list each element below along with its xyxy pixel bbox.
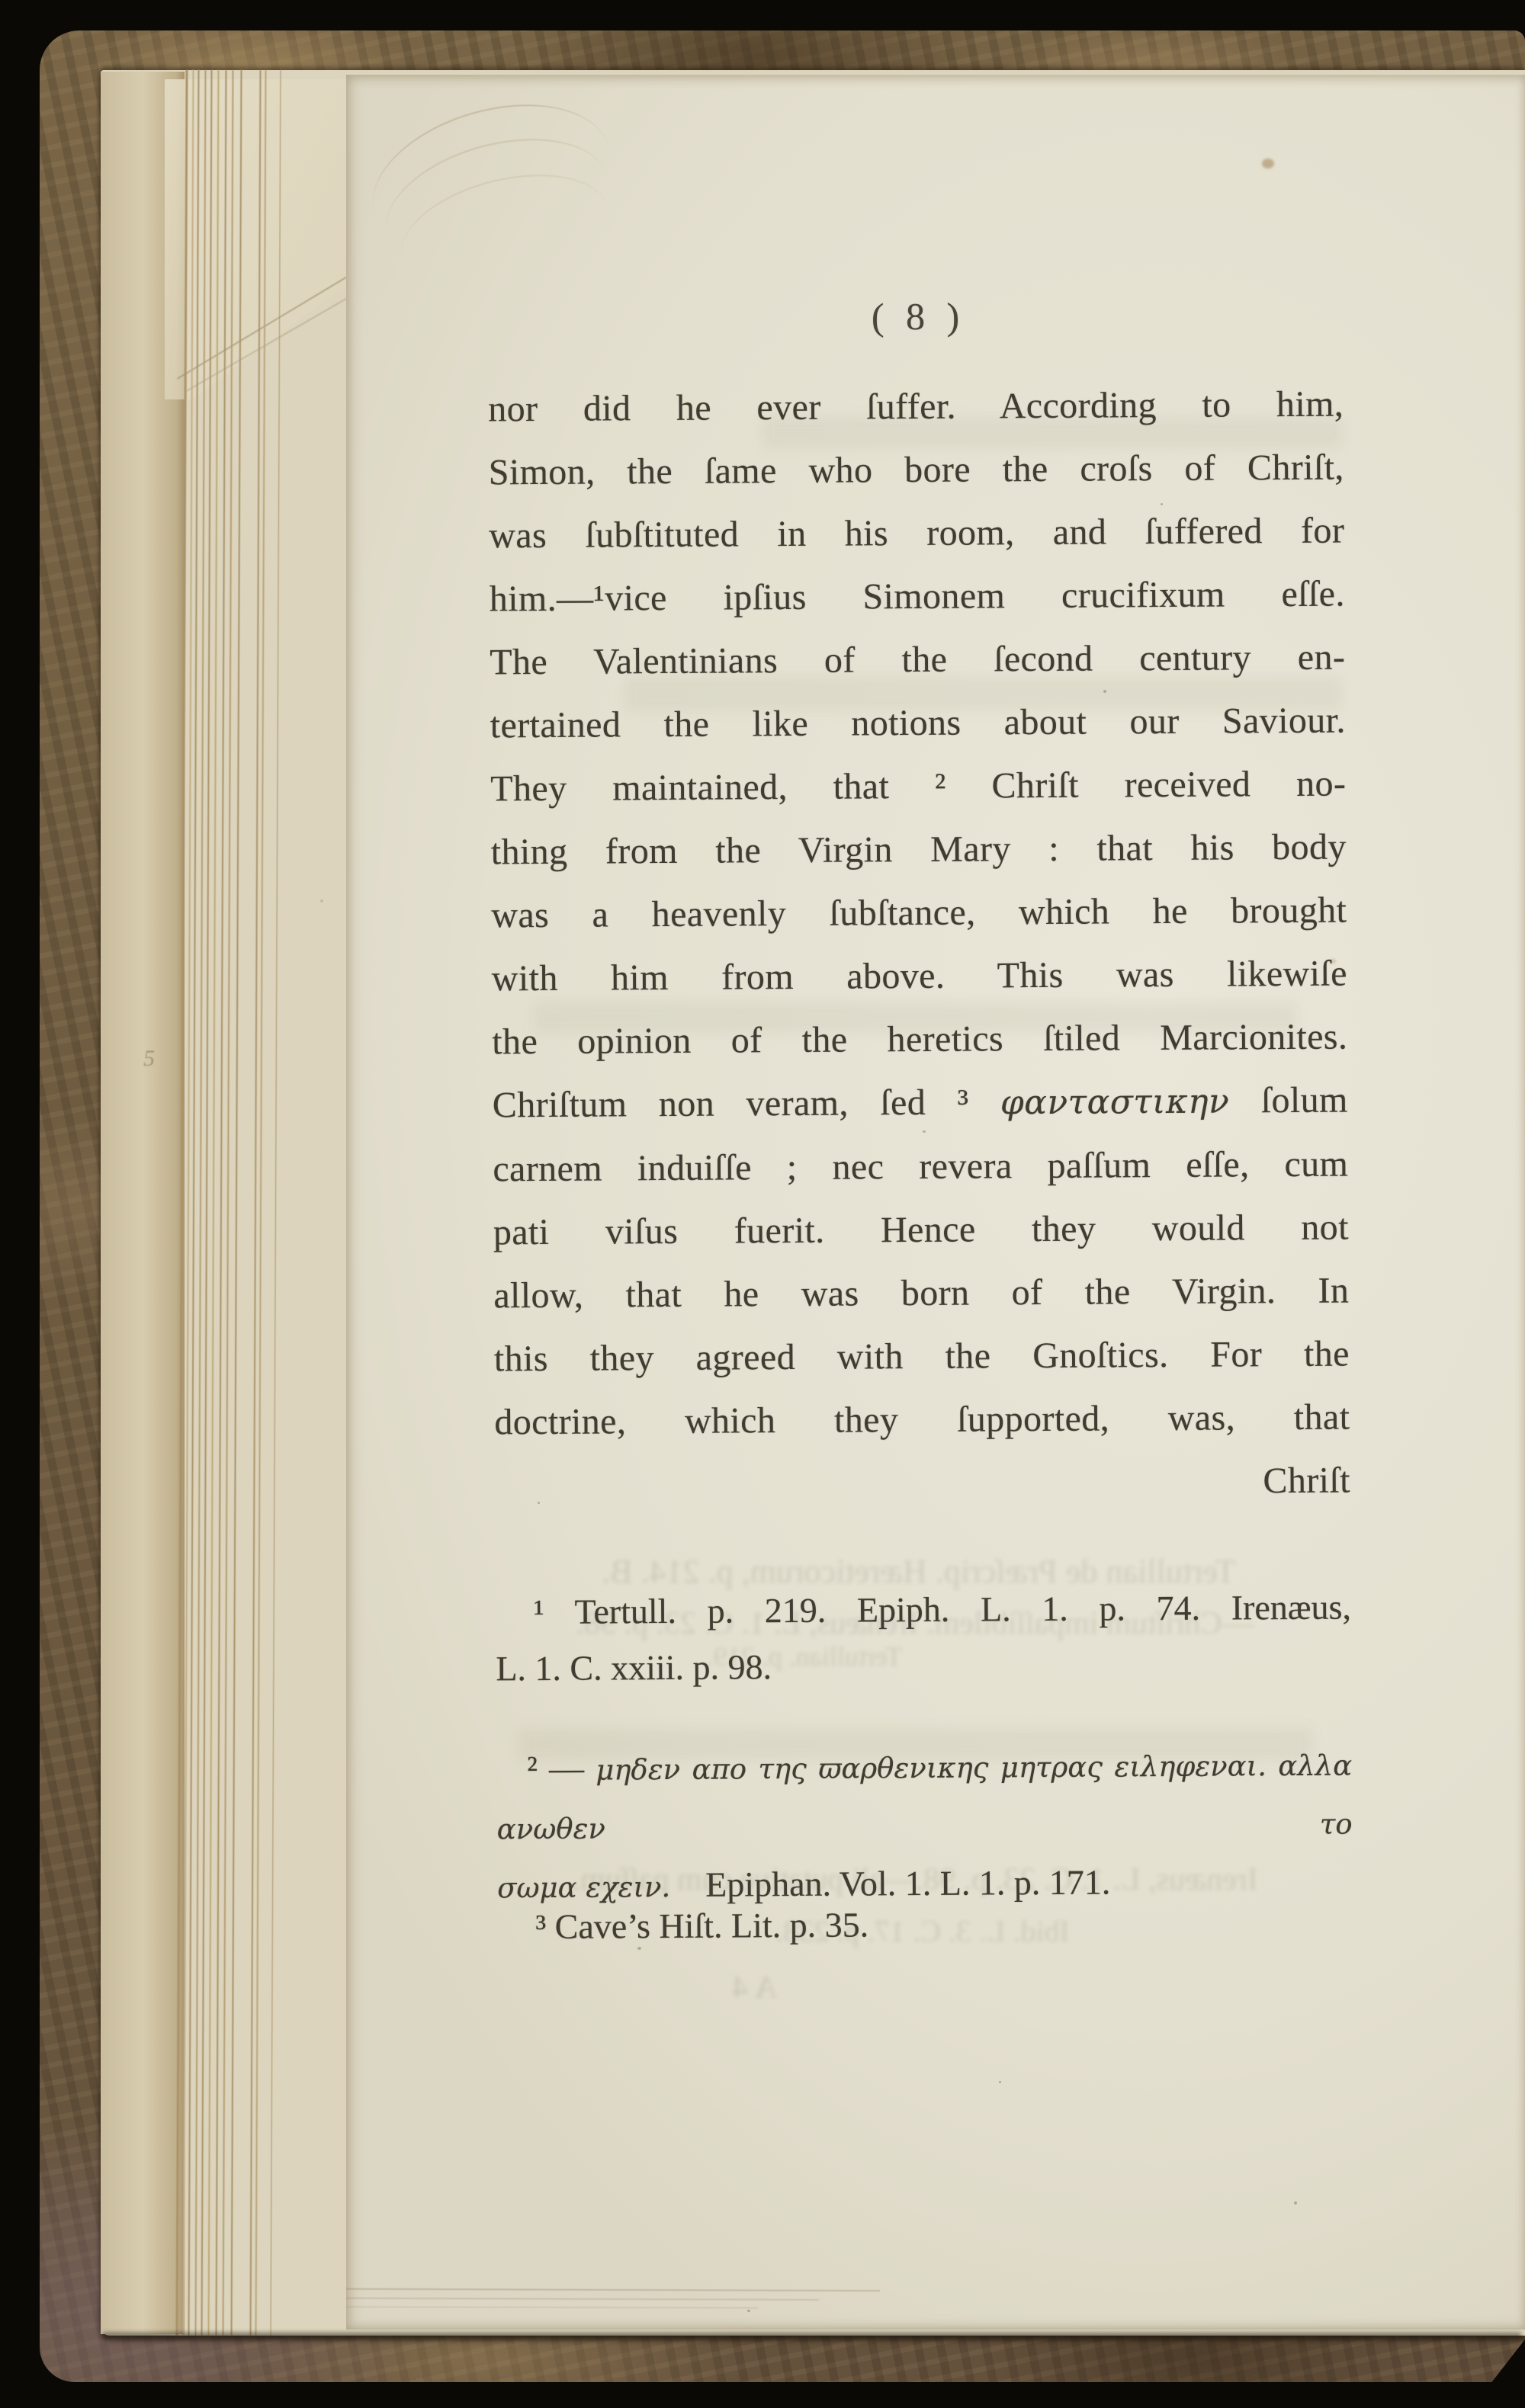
greek-text: φανταστικην — [1000, 1082, 1230, 1123]
text-line: was ſubſtituted in his room, and ſuffere… — [489, 499, 1344, 568]
text-line: with him from above. This was likewiſe — [492, 942, 1347, 1011]
paper-speck — [923, 1130, 926, 1133]
text-line: pati viſus fuerit. Hence they would not — [493, 1196, 1349, 1265]
page-number: ( 8 ) — [487, 292, 1343, 341]
foxing-spot — [1262, 159, 1274, 168]
paper-speck — [1103, 690, 1106, 693]
text-line: tertained the like notions about our Sav… — [490, 689, 1346, 758]
paper-speck — [999, 2081, 1001, 2083]
greek-text: μηδεν απο της ϖαρθενικης μητρας ειληφενα… — [497, 1749, 1353, 1846]
paper-speck — [538, 1502, 540, 1504]
text-line: thing from the Virgin Mary : that his bo… — [491, 816, 1347, 884]
text-line: doctrine, which they ſupported, was, tha… — [494, 1386, 1350, 1454]
text-block: ( 8 ) nor did he ever ſuffer. According … — [488, 373, 1354, 2169]
latin-text: Chriſtum non veram, ſed ³ — [493, 1082, 1000, 1125]
text-line: was a heavenly ſubſtance, which he broug… — [491, 879, 1347, 947]
footnote-1: ¹ Tertull. p. 219. Epiph. L. 1. p. 74. I… — [496, 1579, 1352, 1698]
page-edge-line — [271, 70, 281, 2336]
page-edge-line — [255, 70, 267, 2336]
page-edges — [176, 70, 361, 2336]
catchword: Chriſt — [495, 1449, 1350, 1518]
paper-speck — [1161, 503, 1163, 505]
footnote-line: ³ Cave’s Hiſt. Lit. p. 35. — [497, 1894, 1353, 1956]
latin-text: ſolum — [1229, 1080, 1348, 1121]
page-block-shadow — [103, 2333, 1521, 2339]
footnote-line-with-greek: ² — μηδεν απο της ϖαρθενικης μητρας ειλη… — [496, 1736, 1353, 1858]
page-bottom-edge-line — [346, 2306, 758, 2308]
paper-speck — [320, 899, 323, 903]
text-line: allow, that he was born of the Virgin. I… — [493, 1259, 1349, 1328]
text-line: nor did he ever ſuffer. According to him… — [488, 373, 1344, 441]
text-line: Simon, the ſame who bore the croſs of Ch… — [489, 436, 1344, 505]
page-bottom-edge-line — [346, 2297, 819, 2301]
text-line: carnem induiſſe ; nec revera paſſum eſſe… — [493, 1133, 1348, 1201]
endpaper — [101, 72, 185, 2334]
footnote-marker: ² — — [527, 1749, 596, 1788]
paper-speck — [1294, 2201, 1297, 2204]
footnote-line: L. 1. C. xxiii. p. 98. — [496, 1636, 1351, 1698]
footnote-2: ² — μηδεν απο της ϖαρθενικης μητρας ειλη… — [496, 1736, 1353, 1917]
text-line: The Valentinians of the ſecond century e… — [490, 626, 1345, 694]
foxing-spot — [1331, 959, 1336, 964]
text-line: the opinion of the heretics ſtiled Marci… — [492, 1005, 1347, 1074]
book-photo: Tertullian de Præſcrip. Hæreticorum, p. … — [0, 0, 1525, 2408]
text-line: him.—¹vice ipſius Simonem crucifixum eſſ… — [490, 563, 1345, 631]
page-edge-line — [231, 70, 242, 2336]
footnote-line: ¹ Tertull. p. 219. Epiph. L. 1. p. 74. I… — [496, 1579, 1351, 1641]
text-line-with-greek: Chriſtum non veram, ſed ³ φανταστικην ſo… — [493, 1069, 1348, 1138]
text-line: this they agreed with the Gnoſtics. For … — [494, 1323, 1350, 1391]
page-bottom-edge-line — [346, 2288, 880, 2291]
text-line: They maintained, that ² Chriſt received … — [490, 752, 1346, 821]
endpaper-mark: 5 — [143, 1046, 155, 1072]
paper-speck — [747, 2310, 750, 2312]
paper-speck — [637, 1947, 641, 1950]
footnote-3: ³ Cave’s Hiſt. Lit. p. 35. — [497, 1894, 1353, 1956]
